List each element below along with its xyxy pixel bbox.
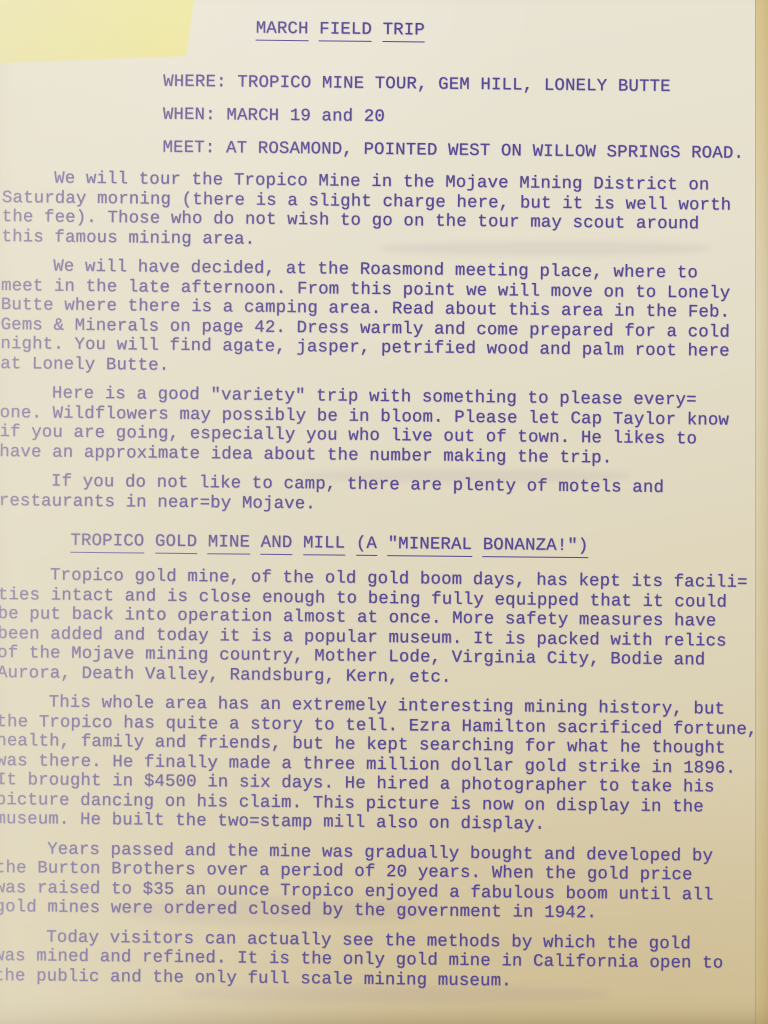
- detail-row-when: WHEN:MARCH 19 and 20: [163, 106, 768, 133]
- section-paragraph-2: This whole area has an extremely interes…: [0, 693, 768, 838]
- detail-row-where: WHERE:TROPICO MINE TOUR, GEM HILL, LONEL…: [163, 73, 768, 100]
- detail-label-where: WHERE:: [163, 73, 227, 93]
- document-title: MARCH FIELD TRIP: [256, 19, 768, 46]
- section-paragraph-1: Tropico gold mine, of the old gold boom …: [0, 566, 768, 691]
- scanned-document-page: MARCH FIELD TRIP WHERE:TROPICO MINE TOUR…: [0, 0, 768, 1024]
- section-paragraph-4: Today visitors can actually see the meth…: [0, 927, 768, 994]
- detail-label-when: WHEN:: [163, 106, 216, 126]
- typed-content: MARCH FIELD TRIP WHERE:TROPICO MINE TOUR…: [0, 0, 768, 995]
- detail-row-meet: MEET:AT ROSAMOND, POINTED WEST ON WILLOW…: [162, 139, 768, 166]
- intro-paragraph-4: If you do not like to camp, there are pl…: [0, 472, 768, 519]
- detail-label-meet: MEET:: [162, 139, 215, 159]
- intro-paragraph-1: We will tour the Tropico Mine in the Moj…: [1, 169, 768, 255]
- section-heading: TROPICO GOLD MINE AND MILL (A "MINERAL B…: [70, 531, 768, 560]
- detail-value-meet: AT ROSAMOND, POINTED WEST ON WILLOW SPRI…: [226, 139, 744, 163]
- intro-paragraph-3: Here is a good "variety" trip with somet…: [0, 384, 768, 470]
- intro-paragraph-2: We will have decided, at the Roasmond me…: [0, 257, 768, 382]
- detail-value-where: TROPICO MINE TOUR, GEM HILL, LONELY BUTT…: [237, 73, 671, 97]
- section-paragraph-3: Years passed and the mine was gradually …: [0, 839, 768, 925]
- detail-value-when: MARCH 19 and 20: [226, 106, 385, 127]
